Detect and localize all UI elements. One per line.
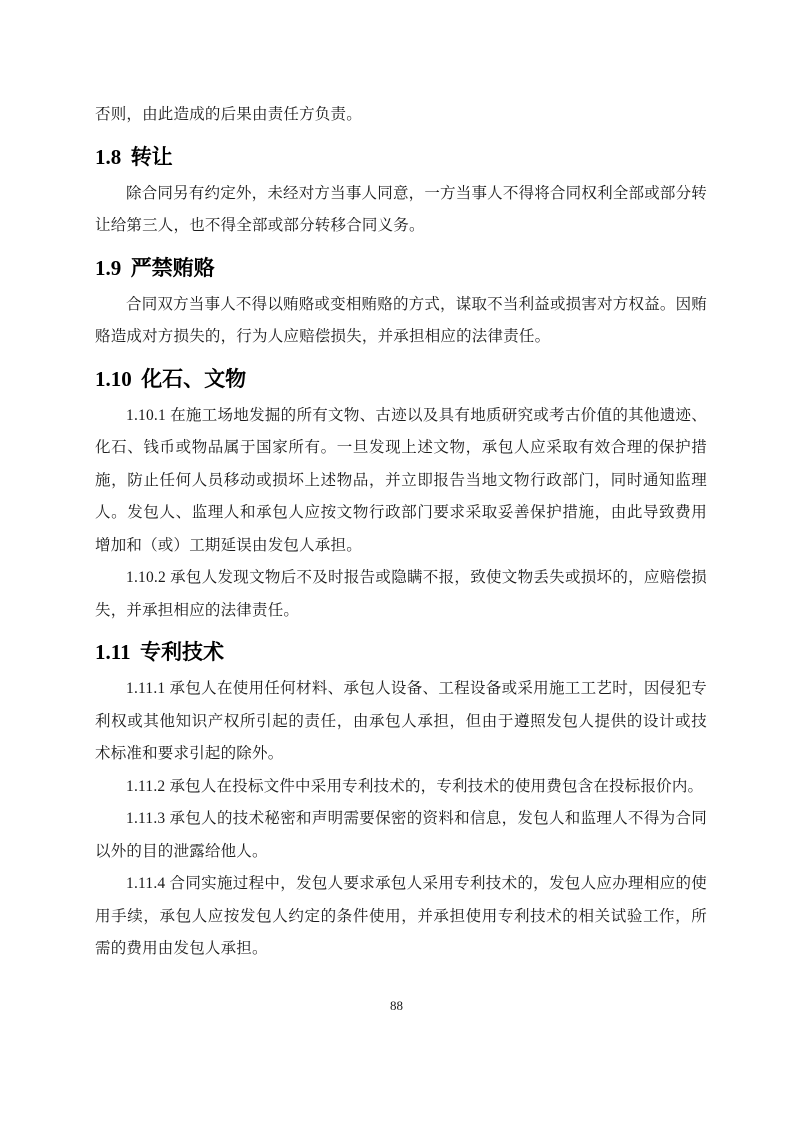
paragraph: 1.10.1 在施工场地发掘的所有文物、古迹以及具有地质研究或考古价值的其他遗迹… bbox=[95, 400, 707, 563]
page-number: 88 bbox=[390, 998, 403, 1013]
section-number: 1.9 bbox=[95, 256, 121, 280]
section-number: 1.10 bbox=[95, 367, 132, 391]
section-number: 1.11 bbox=[95, 640, 131, 664]
section-number: 1.8 bbox=[95, 145, 121, 169]
section-title: 专利技术 bbox=[140, 641, 224, 664]
section-title: 转让 bbox=[131, 146, 173, 169]
section-title: 化石、文物 bbox=[141, 368, 246, 391]
paragraph: 合同双方当事人不得以贿赂或变相贿赂的方式，谋取不当利益或损害对方权益。因贿赂造成… bbox=[95, 289, 707, 354]
page-content: 否则，由此造成的后果由责任方负责。 1.8转让 除合同另有约定外，未经对方当事人… bbox=[0, 0, 793, 966]
section-heading-1-9: 1.9严禁贿赂 bbox=[95, 253, 707, 284]
paragraph: 1.11.3 承包人的技术秘密和声明需要保密的资料和信息，发包人和监理人不得为合… bbox=[95, 803, 707, 868]
paragraph: 1.10.2 承包人发现文物后不及时报告或隐瞒不报，致使文物丢失或损坏的，应赔偿… bbox=[95, 562, 707, 627]
section-title: 严禁贿赂 bbox=[131, 257, 215, 280]
paragraph: 1.11.1 承包人在使用任何材料、承包人设备、工程设备或采用施工工艺时，因侵犯… bbox=[95, 673, 707, 771]
paragraph: 除合同另有约定外，未经对方当事人同意，一方当事人不得将合同权利全部或部分转让给第… bbox=[95, 178, 707, 243]
page-footer: 88 bbox=[0, 996, 793, 1016]
paragraph: 1.11.2 承包人在投标文件中采用专利技术的，专利技术的使用费包含在投标报价内… bbox=[95, 771, 707, 804]
paragraph-continuation: 否则，由此造成的后果由责任方负责。 bbox=[95, 99, 707, 132]
paragraph: 1.11.4 合同实施过程中，发包人要求承包人采用专利技术的，发包人应办理相应的… bbox=[95, 868, 707, 966]
section-heading-1-11: 1.11专利技术 bbox=[95, 637, 707, 668]
document-page: 否则，由此造成的后果由责任方负责。 1.8转让 除合同另有约定外，未经对方当事人… bbox=[0, 0, 793, 1122]
section-heading-1-10: 1.10化石、文物 bbox=[95, 364, 707, 395]
section-heading-1-8: 1.8转让 bbox=[95, 142, 707, 173]
